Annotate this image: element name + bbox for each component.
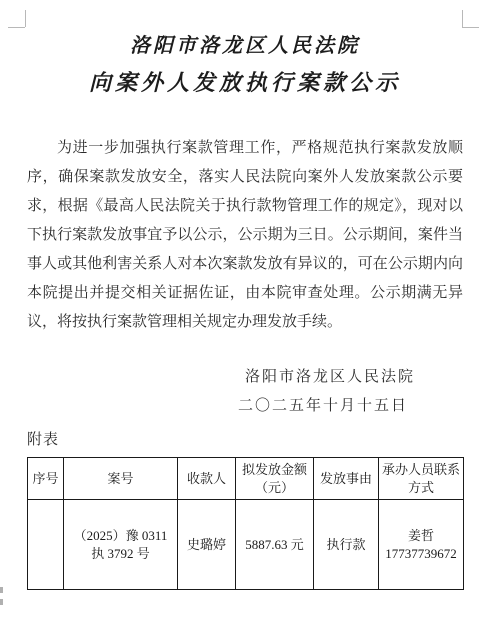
header-payee: 收款人 — [178, 458, 236, 500]
crop-mark-top-right-horizontal — [462, 27, 479, 28]
announcement-paragraph: 为进一步加强执行案款管理工作，严格规范执行案款发放顺 序，确保案款发放安全，落实… — [27, 134, 463, 337]
paragraph-line: 序，确保案款发放安全，落实人民法院向案外人发放案款公示要 — [27, 163, 463, 192]
paragraph-line: 下执行案款发放事宜予以公示，公示期为三日。公示期间，案件当 — [27, 221, 463, 250]
signature-date: 二〇二五年十月十五日 — [27, 392, 463, 421]
table-header-row: 序号 案号 收款人 拟发放金额（元） 发放事由 承办人员联系方式 — [28, 458, 464, 500]
cell-payee: 史璐婷 — [178, 500, 236, 590]
signature-court-name: 洛阳市洛龙区人民法院 — [27, 363, 463, 392]
paragraph-line: 议，将按执行案款管理相关规定办理发放手续。 — [27, 308, 463, 337]
paragraph-line: 事人或其他利害关系人对本次案款发放有异议的，可在公示期内向 — [27, 250, 463, 279]
header-amount: 拟发放金额（元） — [236, 458, 314, 500]
header-serial-number: 序号 — [28, 458, 64, 500]
court-title: 洛阳市洛龙区人民法院 — [27, 34, 463, 58]
case-disbursement-table: 序号 案号 收款人 拟发放金额（元） 发放事由 承办人员联系方式 （2025）豫… — [27, 457, 464, 590]
cell-amount: 5887.63 元 — [236, 500, 314, 590]
cell-serial-number — [28, 500, 64, 590]
paragraph-line: 求，根据《最高人民法院关于执行款物管理工作的规定》，现对以 — [27, 192, 463, 221]
crop-mark-top-left-horizontal — [8, 27, 25, 28]
cell-case-number: （2025）豫 0311 执 3792 号 — [64, 500, 178, 590]
paragraph-line: 为进一步加强执行案款管理工作，严格规范执行案款发放顺 — [27, 134, 463, 163]
header-contact: 承办人员联系方式 — [379, 458, 464, 500]
announcement-title: 向案外人发放执行案款公示 — [27, 70, 463, 96]
attachment-table-label: 附表 — [27, 430, 463, 450]
cell-contact: 姜哲 17737739672 — [379, 500, 464, 590]
page-edge-artifact — [0, 587, 3, 605]
document-page: { "colors": { "text": "#2b2b2b", "title"… — [0, 0, 488, 623]
crop-mark-top-left-vertical — [25, 10, 26, 27]
cell-reason: 执行款 — [314, 500, 379, 590]
document-body: 洛阳市洛龙区人民法院 向案外人发放执行案款公示 为进一步加强执行案款管理工作，严… — [27, 0, 463, 590]
header-case-number: 案号 — [64, 458, 178, 500]
header-reason: 发放事由 — [314, 458, 379, 500]
table-row: （2025）豫 0311 执 3792 号 史璐婷 5887.63 元 执行款 … — [28, 500, 464, 590]
paragraph-line: 本院提出并提交相关证据佐证，由本院审查处理。公示期满无异 — [27, 279, 463, 308]
